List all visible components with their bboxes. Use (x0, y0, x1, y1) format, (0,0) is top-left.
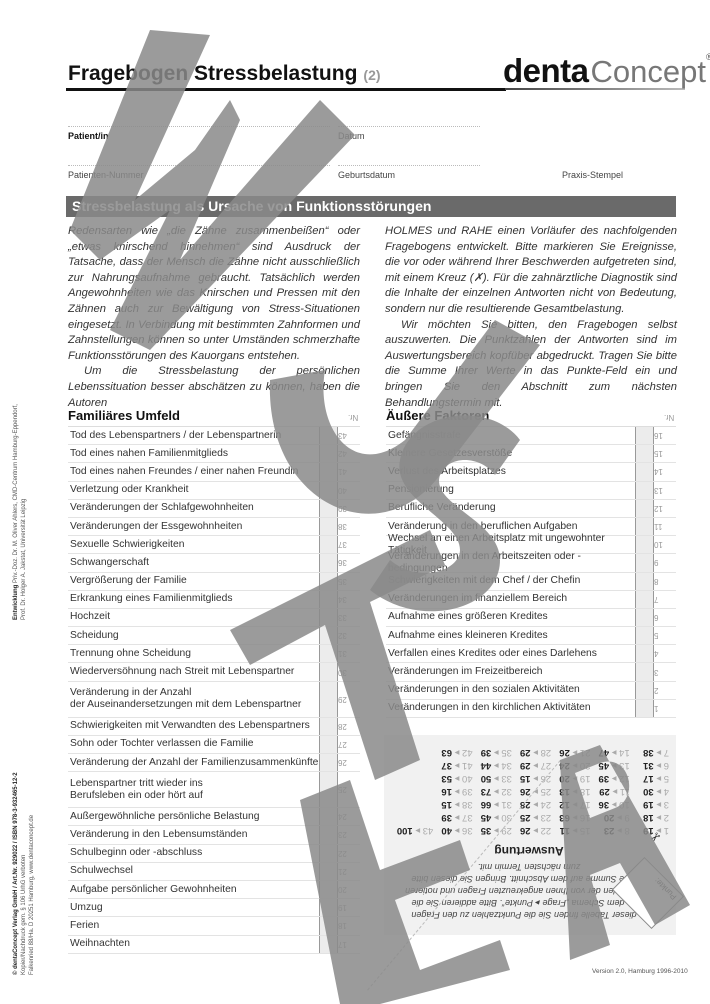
score-entry: 40 ▸ 53 (433, 771, 472, 784)
question-number: 15 (654, 449, 676, 458)
checkbox[interactable] (319, 881, 338, 898)
entwicklung-text2: Prof. Dr. Holger A. Jakstat, Universität… (20, 404, 28, 620)
score-question: 40 ▸ (452, 773, 473, 784)
checkbox[interactable] (635, 536, 654, 553)
question-row: Tod eines nahen Familienmitglieds42 (68, 445, 360, 463)
score-points: 29 (599, 786, 610, 797)
score-entry: 12 ▸ 39 (590, 771, 629, 784)
score-question: 23 ▸ (531, 812, 552, 823)
score-points: 20 (559, 773, 570, 784)
question-label: Veränderungen in den kirchlichen Aktivit… (386, 702, 635, 714)
score-entry: 42 ▸ 63 (433, 745, 472, 758)
title-text: Fragebogen Stressbelastung (68, 62, 357, 85)
score-question: 32 ▸ (491, 786, 512, 797)
aeussere-faktoren-table: Äußere FaktorenNr. Gefängnisstrafe16Klei… (386, 408, 676, 718)
intro-paragraph: HOLMES und RAHE einen Vorläufer des nach… (385, 224, 677, 318)
score-question: 13 ▸ (609, 760, 630, 771)
question-number: 4 (654, 649, 676, 658)
question-row: Umzug19 (68, 899, 360, 917)
score-points: 45 (481, 812, 492, 823)
checkbox[interactable] (319, 754, 338, 771)
logo-light: Concept (591, 54, 706, 89)
question-label: Veränderungen im finanziellem Bereich (386, 593, 635, 605)
score-question: 3 ▸ (654, 799, 669, 810)
question-number: 11 (654, 522, 676, 531)
question-number: 9 (654, 558, 676, 567)
score-points: 35 (481, 825, 492, 836)
score-points: 25 (520, 812, 531, 823)
checkbox[interactable] (635, 445, 654, 462)
question-row: Veränderung in den Lebensumständen23 (68, 826, 360, 844)
score-question: 24 ▸ (531, 799, 552, 810)
checkbox[interactable] (319, 682, 338, 717)
praxis-stempel-label: Praxis-Stempel (562, 170, 623, 180)
patienten-nummer-field[interactable]: Patienten-Nummer (68, 165, 330, 180)
question-row: Schwierigkeiten mit Verwandten des Leben… (68, 718, 360, 736)
checkbox[interactable] (319, 917, 338, 934)
table-heading: Äußere Faktoren (386, 408, 489, 426)
question-row: Veränderungen der Essgewohnheiten38 (68, 518, 360, 536)
question-number: 14 (654, 467, 676, 476)
checkbox[interactable] (319, 845, 338, 862)
score-question: 15 ▸ (570, 825, 591, 836)
question-number: 10 (654, 540, 676, 549)
question-label: Sohn oder Tochter verlassen die Familie (68, 738, 319, 750)
score-entry: 36 ▸ 40 (433, 823, 472, 836)
score-question: 6 ▸ (654, 760, 669, 771)
score-question: 10 ▸ (609, 799, 630, 810)
question-number: 6 (654, 613, 676, 622)
entwicklung-label: Entwicklung (13, 585, 19, 620)
copyright-line: Falkenried 88/Ha. D 20251 Hamburg, www.d… (28, 772, 36, 975)
score-question: 22 ▸ (531, 825, 552, 836)
checkbox[interactable] (635, 591, 654, 608)
checkbox[interactable] (319, 808, 338, 825)
question-row: Außergewöhnliche persönliche Belastung24 (68, 808, 360, 826)
score-points: 23 (604, 825, 615, 836)
logo-bold: denta (503, 52, 589, 89)
question-number: 23 (338, 830, 360, 839)
checkbox[interactable] (319, 826, 338, 843)
question-number: 8 (654, 577, 676, 586)
question-number: 28 (338, 722, 360, 731)
score-question: 31 ▸ (491, 799, 512, 810)
checkbox[interactable] (319, 573, 338, 590)
score-points: 12 (559, 799, 570, 810)
question-label: Schwierigkeiten mit Verwandten des Leben… (68, 720, 319, 732)
question-label: Tod eines nahen Familienmitglieds (68, 448, 319, 460)
score-points: 16 (441, 786, 452, 797)
question-row: Erkrankung eines Familienmitglieds34 (68, 591, 360, 609)
score-points: 63 (441, 747, 452, 758)
question-label: Veränderung in den beruflichen Aufgaben (386, 521, 635, 533)
score-points: 100 (397, 825, 413, 836)
checkbox[interactable] (635, 609, 654, 626)
question-number: 35 (338, 577, 360, 586)
checkbox[interactable] (635, 463, 654, 480)
question-row: Veränderungen der Schlafgewohnheiten39 (68, 500, 360, 518)
question-label: Veränderungen der Schlafgewohnheiten (68, 502, 319, 514)
checkbox[interactable] (635, 663, 654, 680)
nr-label: Nr. (348, 413, 358, 422)
score-points: 26 (520, 825, 531, 836)
question-row: Veränderung der Anzahl der Familienzusam… (68, 754, 360, 772)
score-entry: 15 ▸ 11 (551, 823, 590, 836)
score-points: 40 (441, 825, 452, 836)
score-question: 14 ▸ (609, 747, 630, 758)
score-entry: 9 ▸ 20 (590, 810, 629, 823)
score-question: 2 ▸ (654, 812, 669, 823)
checkbox[interactable] (319, 609, 338, 626)
score-grid: 1 ▸ 192 ▸ 183 ▸ 194 ▸ 305 ▸ 176 ▸ 317 ▸ … (394, 745, 669, 836)
score-points: 45 (599, 760, 610, 771)
score-question: 28 ▸ (531, 747, 552, 758)
question-number: 16 (654, 431, 676, 440)
checkbox[interactable] (319, 863, 338, 880)
question-row: Berufliche Veränderung12 (386, 500, 676, 518)
score-entry: 13 ▸ 45 (590, 758, 629, 771)
score-entry: 34 ▸ 44 (473, 758, 512, 771)
question-row: Veränderungen in den kirchlichen Aktivit… (386, 700, 676, 718)
table-header: Äußere FaktorenNr. (386, 408, 676, 427)
checkbox[interactable] (319, 627, 338, 644)
checkbox[interactable] (635, 700, 654, 717)
score-entry: 3 ▸ 19 (630, 797, 669, 810)
score-question: 35 ▸ (491, 747, 512, 758)
score-question: 43 ▸ (413, 825, 434, 836)
checkbox[interactable] (319, 445, 338, 462)
question-number: 7 (654, 595, 676, 604)
question-number: 26 (338, 758, 360, 767)
checkbox[interactable] (319, 500, 338, 517)
question-row: Veränderungen im finanziellem Bereich7 (386, 591, 676, 609)
copyright-text: © dentaConcept Verlag GmbH / Art.Nr. 929… (13, 772, 19, 975)
score-entry: 7 ▸ 38 (630, 745, 669, 758)
score-question: 18 ▸ (570, 786, 591, 797)
score-entry: 4 ▸ 30 (630, 784, 669, 797)
question-row: Wiederversöhnung nach Streit mit Lebensp… (68, 663, 360, 681)
intro-left: Redensarten wie „die Zähne zusammenbeiße… (68, 224, 360, 411)
question-label: Veränderungen im Freizeitbereich (386, 666, 635, 678)
copyright-line: Kopier/Nachdruck gem. § 106 UrhG verbote… (20, 772, 28, 975)
question-row: Aufnahme eines größeren Kredites6 (386, 609, 676, 627)
question-label: Tod des Lebenspartners / der Lebenspartn… (68, 430, 319, 442)
score-entry: 39 ▸ 16 (433, 784, 472, 797)
score-points: 47 (599, 747, 610, 758)
score-entry: 33 ▸ 50 (473, 771, 512, 784)
score-entry: 43 ▸ 100 (394, 823, 433, 836)
checkbox[interactable] (319, 427, 338, 444)
question-number: 27 (338, 740, 360, 749)
question-row: Weihnachten17 (68, 936, 360, 954)
question-label: Veränderung in der Anzahlder Auseinander… (68, 687, 319, 711)
question-row: Hochzeit33 (68, 609, 360, 627)
score-entry: 35 ▸ 39 (473, 745, 512, 758)
score-question: 21 ▸ (570, 747, 591, 758)
score-points: 17 (643, 773, 654, 784)
question-label: Scheidung (68, 630, 319, 642)
question-row: Schwangerschaft36 (68, 554, 360, 572)
table-heading: Familiäres Umfeld (68, 408, 180, 426)
score-entry: 22 ▸ 26 (512, 823, 551, 836)
question-number: 32 (338, 631, 360, 640)
question-label: Tod eines nahen Freundes / einer nahen F… (68, 466, 319, 478)
checkbox[interactable] (635, 627, 654, 644)
score-points: 36 (599, 799, 610, 810)
question-row: Aufnahme eines kleineren Kredites5 (386, 627, 676, 645)
question-number: 21 (338, 867, 360, 876)
question-row: Vergrößerung der Familie35 (68, 573, 360, 591)
score-entry: 28 ▸ 29 (512, 745, 551, 758)
question-number: 3 (654, 668, 676, 677)
page-title: Fragebogen Stressbelastung(2) (68, 62, 381, 86)
score-question: 19 ▸ (570, 773, 591, 784)
question-number: 36 (338, 558, 360, 567)
score-entry: 10 ▸ 36 (590, 797, 629, 810)
question-number: 24 (338, 812, 360, 821)
nr-label: Nr. (664, 413, 674, 422)
checkbox[interactable] (635, 482, 654, 499)
question-row: Tod des Lebenspartners / der Lebenspartn… (68, 427, 360, 445)
question-row: Veränderung in der Anzahlder Auseinander… (68, 682, 360, 718)
question-label: Außergewöhnliche persönliche Belastung (68, 811, 319, 823)
score-entry: 31 ▸ 66 (473, 797, 512, 810)
score-points: 15 (441, 799, 452, 810)
side-credits-copyright: © dentaConcept Verlag GmbH / Art.Nr. 929… (12, 772, 36, 975)
checkbox[interactable] (319, 518, 338, 535)
checkbox[interactable] (319, 463, 338, 480)
checkbox[interactable] (319, 772, 338, 807)
auswertung-heading: Auswertung (404, 845, 654, 857)
question-label: Vergrößerung der Familie (68, 575, 319, 587)
checkbox[interactable] (635, 518, 654, 535)
question-label: Aufnahme eines kleineren Kredites (386, 630, 635, 642)
score-question: 34 ▸ (491, 760, 512, 771)
checkbox[interactable] (635, 645, 654, 662)
question-label: Erkrankung eines Familienmitglieds (68, 593, 319, 605)
checkbox[interactable] (319, 482, 338, 499)
patient-field[interactable]: Patient/in (68, 126, 330, 141)
question-label: Hochzeit (68, 611, 319, 623)
score-question: 41 ▸ (452, 760, 473, 771)
score-question: 12 ▸ (609, 773, 630, 784)
question-label: Schwierigkeiten mit dem Chef / der Chefi… (386, 575, 635, 587)
question-label: Ferien (68, 920, 319, 932)
score-points: 66 (481, 799, 492, 810)
question-number: 41 (338, 467, 360, 476)
checkbox[interactable] (635, 573, 654, 590)
question-row: Kleinere Gesetzesverstöße15 (386, 445, 676, 463)
question-label: Aufnahme eines größeren Kredites (386, 611, 635, 623)
version-label: Version 2.0, Hamburg 1996-2010 (592, 968, 688, 975)
score-question: 39 ▸ (452, 786, 473, 797)
question-number: 12 (654, 504, 676, 513)
score-points: 50 (481, 773, 492, 784)
checkbox[interactable] (319, 554, 338, 571)
question-number: 5 (654, 631, 676, 640)
score-entry: 30 ▸ 45 (473, 810, 512, 823)
side-credits-entwicklung: Entwicklung Priv.-Doz. Dr. M. Oliver Ahl… (12, 404, 28, 620)
question-label: Schulwechsel (68, 865, 319, 877)
score-points: 73 (481, 786, 492, 797)
question-number: 19 (338, 903, 360, 912)
question-row: Sexuelle Schwierigkeiten37 (68, 536, 360, 554)
score-question: 17 ▸ (570, 799, 591, 810)
question-row: Gefängnisstrafe16 (386, 427, 676, 445)
geburtsdatum-field[interactable]: Geburtsdatum (338, 165, 480, 180)
question-number: 17 (338, 940, 360, 949)
score-points: 63 (559, 812, 570, 823)
score-question: 36 ▸ (452, 825, 473, 836)
question-number: 34 (338, 595, 360, 604)
score-points: 44 (481, 760, 492, 771)
score-entry: 24 ▸ 28 (512, 797, 551, 810)
question-number: 43 (338, 431, 360, 440)
score-points: 29 (520, 747, 531, 758)
checkbox[interactable] (319, 936, 338, 953)
question-number: 13 (654, 486, 676, 495)
question-row: Sohn oder Tochter verlassen die Familie2… (68, 736, 360, 754)
score-entry: 17 ▸ 12 (551, 797, 590, 810)
intro-paragraph: Wir möchten Sie bitten, den Fragebogen s… (385, 318, 677, 412)
score-question: 9 ▸ (614, 812, 629, 823)
question-row: Pensionierung13 (386, 482, 676, 500)
score-points: 53 (441, 773, 452, 784)
score-question: 37 ▸ (452, 812, 473, 823)
score-entry: 8 ▸ 23 (590, 823, 629, 836)
score-question: 8 ▸ (614, 825, 629, 836)
question-label: Weihnachten (68, 938, 319, 950)
checkbox[interactable] (319, 718, 338, 735)
question-row: Veränderungen in den Arbeitszeiten oder … (386, 554, 676, 572)
question-label: Verletzung oder Krankheit (68, 484, 319, 496)
question-label: Veränderung der Anzahl der Familienzusam… (68, 757, 319, 769)
question-row: Veränderungen in den sozialen Aktivitäte… (386, 682, 676, 700)
score-entry: 2 ▸ 18 (630, 810, 669, 823)
question-number: 42 (338, 449, 360, 458)
question-label: Veränderungen in den Arbeitszeiten oder … (386, 551, 635, 575)
question-label: Lebenspartner tritt wieder insBerufslebe… (68, 778, 319, 802)
registered-mark: ® (706, 52, 710, 62)
score-entry: 16 ▸ 63 (551, 810, 590, 823)
question-row: Schwierigkeiten mit dem Chef / der Chefi… (386, 573, 676, 591)
question-number: 18 (338, 921, 360, 930)
question-number: 39 (338, 504, 360, 513)
score-question: 33 ▸ (491, 773, 512, 784)
score-points: 39 (481, 747, 492, 758)
question-number: 29 (338, 695, 360, 704)
question-row: Schulwechsel21 (68, 863, 360, 881)
score-entry: 27 ▸ 29 (512, 758, 551, 771)
question-number: 2 (654, 686, 676, 695)
score-points: 29 (520, 760, 531, 771)
datum-field[interactable]: Datum (338, 126, 480, 141)
question-number: 33 (338, 613, 360, 622)
score-points: 19 (643, 799, 654, 810)
question-row: Verfallen eines Kredites oder eines Darl… (386, 645, 676, 663)
question-number: 1 (654, 704, 676, 713)
checkbox[interactable] (319, 536, 338, 553)
score-question: 20 ▸ (570, 760, 591, 771)
score-entry: 21 ▸ 26 (551, 745, 590, 758)
score-entry: 11 ▸ 29 (590, 784, 629, 797)
score-points: 30 (643, 786, 654, 797)
score-points: 26 (559, 747, 570, 758)
question-number: 38 (338, 522, 360, 531)
question-number: 30 (338, 668, 360, 677)
question-label: Sexuelle Schwierigkeiten (68, 539, 319, 551)
score-entry: 41 ▸ 37 (433, 758, 472, 771)
title-number: (2) (363, 67, 380, 83)
familiaeres-umfeld-table: Familiäres UmfeldNr. Tod des Lebenspartn… (68, 408, 360, 954)
score-points: 39 (441, 812, 452, 823)
checkbox[interactable] (635, 554, 654, 571)
intro-right: HOLMES und RAHE einen Vorläufer des nach… (385, 224, 677, 411)
question-number: 22 (338, 849, 360, 858)
question-label: Umzug (68, 902, 319, 914)
question-label: Trennung ohne Scheidung (68, 648, 319, 660)
score-points: 15 (520, 773, 531, 784)
checkbox[interactable] (319, 899, 338, 916)
score-entry: 6 ▸ 31 (630, 758, 669, 771)
score-points: 39 (599, 773, 610, 784)
question-number: 40 (338, 486, 360, 495)
checkbox[interactable] (635, 427, 654, 444)
question-label: Aufgabe persönlicher Gewohnheiten (68, 884, 319, 896)
score-question: 27 ▸ (531, 760, 552, 771)
question-label: Verfallen eines Kredites oder eines Darl… (386, 648, 635, 660)
question-row: Veränderungen im Freizeitbereich3 (386, 663, 676, 681)
question-label: Gefängnisstrafe (386, 430, 635, 442)
question-number: 31 (338, 649, 360, 658)
score-question: 7 ▸ (654, 747, 669, 758)
score-question: 4 ▸ (654, 786, 669, 797)
question-number: 25 (338, 785, 360, 794)
score-points: 31 (643, 760, 654, 771)
score-entry: 32 ▸ 73 (473, 784, 512, 797)
question-number: 20 (338, 885, 360, 894)
question-label: Veränderungen der Essgewohnheiten (68, 521, 319, 533)
score-points: 20 (604, 812, 615, 823)
checkbox[interactable] (319, 645, 338, 662)
dentaconcept-logo: dentaConcept® (503, 52, 710, 90)
question-row: Lebenspartner tritt wieder insBerufslebe… (68, 772, 360, 808)
score-entry: 19 ▸ 20 (551, 771, 590, 784)
checkbox[interactable] (635, 682, 654, 699)
checkbox[interactable] (635, 500, 654, 517)
section-heading: Stressbelastung als Ursache von Funktion… (66, 196, 676, 217)
score-question: 16 ▸ (570, 812, 591, 823)
score-points: 37 (441, 760, 452, 771)
checkbox[interactable] (319, 663, 338, 680)
question-row: Trennung ohne Scheidung31 (68, 645, 360, 663)
question-label: Veränderung in den Lebensumständen (68, 829, 319, 841)
checkbox[interactable] (319, 736, 338, 753)
score-question: 11 ▸ (610, 786, 630, 797)
score-entry: 18 ▸ 13 (551, 784, 590, 797)
score-points: 18 (643, 812, 654, 823)
question-row: Scheidung32 (68, 627, 360, 645)
question-label: Schwangerschaft (68, 557, 319, 569)
title-rule (66, 88, 506, 91)
question-label: Kleinere Gesetzesverstöße (386, 448, 635, 460)
question-row: Tod eines nahen Freundes / einer nahen F… (68, 463, 360, 481)
checkbox[interactable] (319, 591, 338, 608)
question-label: Veränderungen in den sozialen Aktivitäte… (386, 684, 635, 696)
score-question: 5 ▸ (654, 773, 669, 784)
score-entry: 38 ▸ 15 (433, 797, 472, 810)
question-label: Schulbeginn oder -abschluss (68, 847, 319, 859)
